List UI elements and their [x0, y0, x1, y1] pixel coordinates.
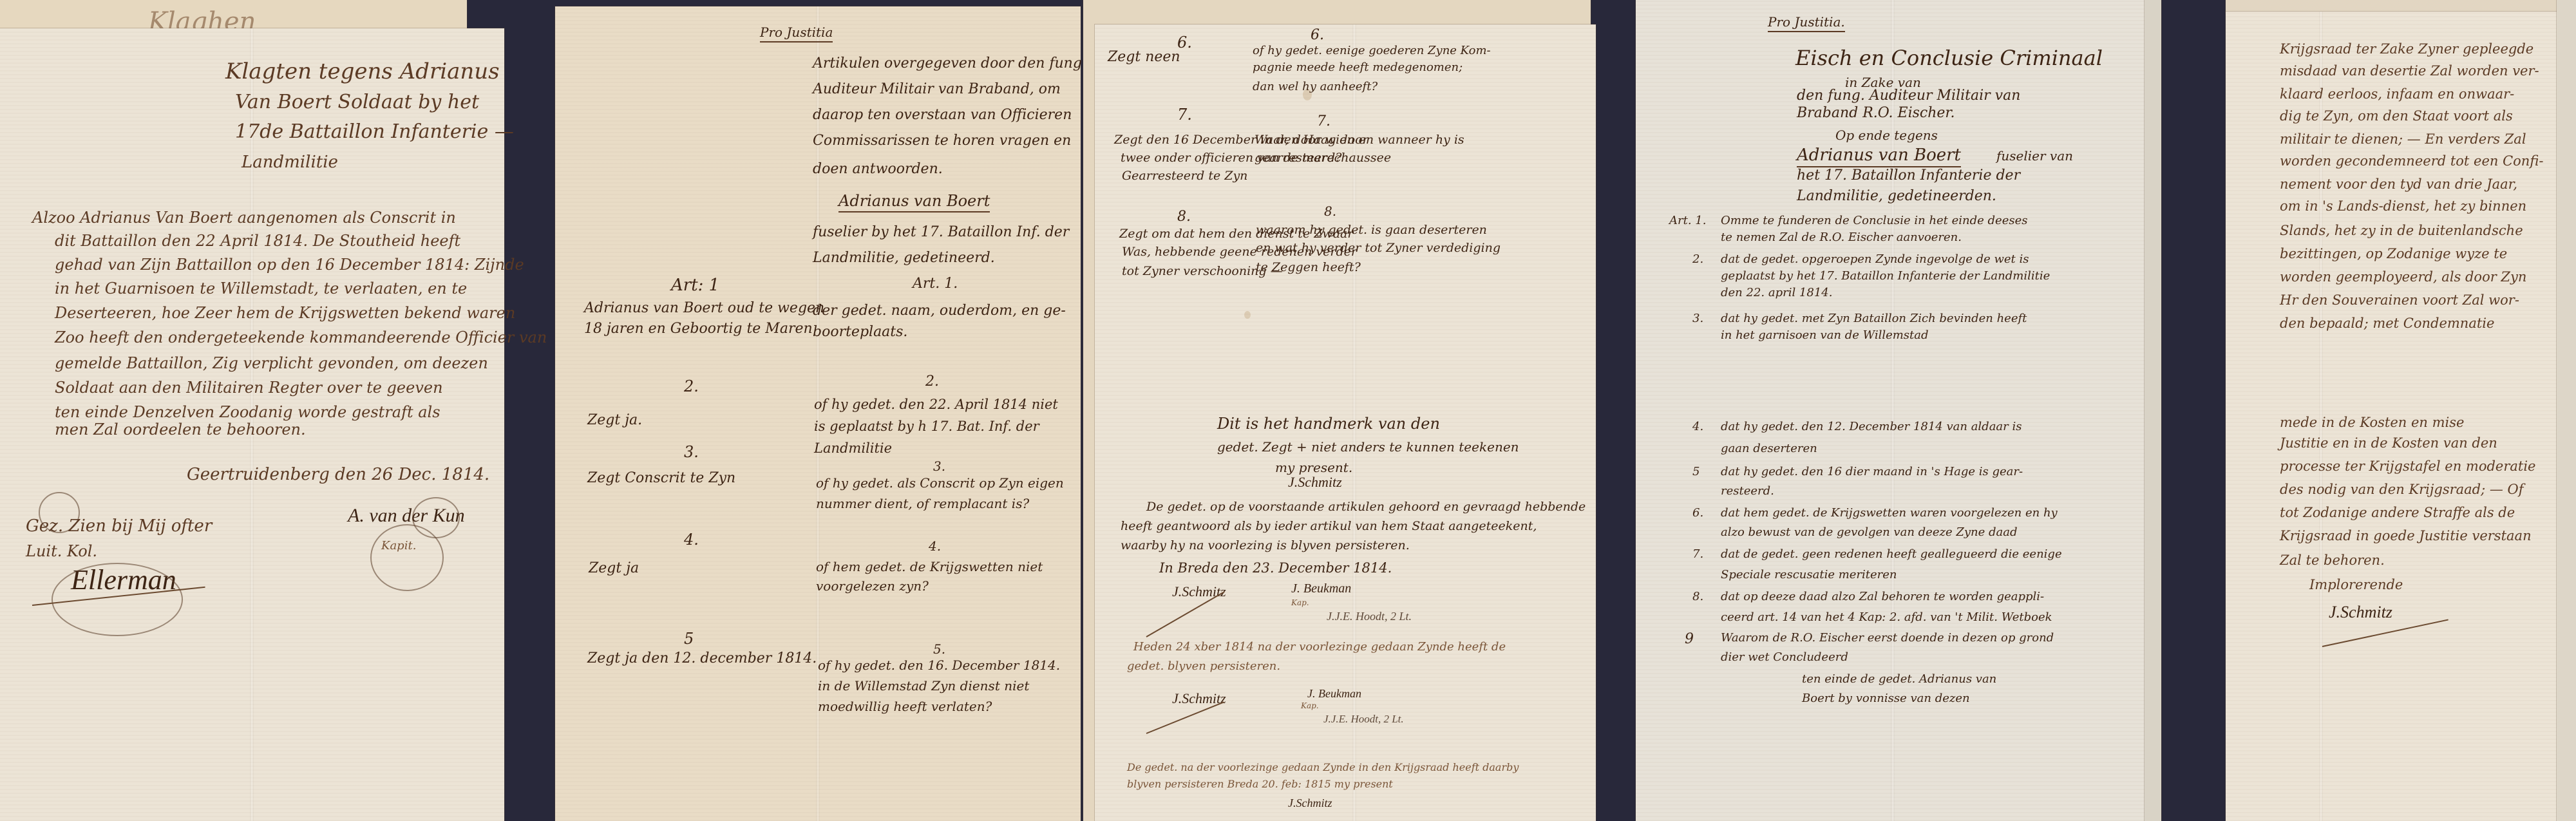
body-line: om in 's Lands-dienst, het zy binnen	[2280, 200, 2526, 213]
heading-line: Klagten tegens Adrianus	[225, 61, 500, 82]
auditor-signature: J.Schmitz	[1172, 585, 1226, 599]
body-line: Alzoo Adrianus Van Boert aangenomen als …	[32, 210, 456, 225]
question-line: te Zeggen heeft?	[1256, 261, 1361, 274]
closing-line: gedet. Zegt + niet anders te kunnen teek…	[1217, 440, 1519, 453]
item-line: dat op deeze daad alzo Zal behoren te wo…	[1721, 591, 2044, 603]
question-number: 7.	[1317, 115, 1331, 129]
defendant-name: Adrianus van Boert	[1797, 147, 1961, 167]
intro-line: doen antwoorden.	[813, 162, 943, 176]
defendant-desc: het 17. Bataillon Infanterie der	[1797, 169, 2020, 183]
item-line: geplaatst by het 17. Bataillon Infanteri…	[1721, 270, 2050, 282]
question-line: boorteplaats.	[813, 325, 907, 339]
item-line: dat hy gedet. den 12. December 1814 van …	[1721, 421, 2022, 433]
article-number: 5	[684, 631, 694, 646]
endorsement-line: Luit. Kol.	[26, 543, 97, 559]
paragraph-line: waarby hy na voorlezing is blyven persis…	[1121, 540, 1410, 552]
page-1: Klagten tegens Adrianus Van Boert Soldaa…	[0, 28, 504, 821]
article-number: 4.	[684, 532, 699, 547]
item-line: ceerd art. 14 van het 4 Kap: 2. afd. van…	[1721, 612, 2052, 623]
defendant-desc: Landmilitie, gedetineerd.	[813, 251, 995, 265]
item-number: 7.	[1692, 549, 1703, 560]
paragraph-line: blyven persisteren Breda 20. feb: 1815 m…	[1127, 779, 1393, 789]
signature-stroke	[2322, 619, 2448, 647]
article-number: 7.	[1177, 107, 1192, 122]
answer-line: Zegt ja.	[587, 413, 642, 428]
defendant-desc: Landmilitie, gedetineerden.	[1797, 189, 1996, 203]
page-4-edge	[2145, 0, 2161, 821]
body-line: des nodig van den Krijgsraad; — Of	[2280, 483, 2524, 496]
question-number: 6.	[1311, 28, 1324, 42]
question-number: 4.	[929, 540, 941, 552]
defendant-suffix: fuselier van	[1996, 149, 2073, 162]
heading-line: 17de Battaillon Infanterie —	[235, 122, 514, 142]
question-number: 3.	[933, 460, 945, 473]
body-line: Justitie en in de Kosten van den	[2280, 437, 2497, 450]
item-line: dat hy gedet. met Zyn Bataillon Zich bev…	[1721, 313, 2027, 325]
body-line: Zal te behoren.	[2280, 554, 2385, 567]
page-3: 6. Zegt neen 6. of hy gedet. eenige goed…	[1095, 24, 1596, 821]
body-line: militair te dienen; — En verders Zal	[2280, 133, 2526, 146]
item-number: 3.	[1692, 313, 1703, 325]
question-line: gearresteerd?	[1255, 152, 1341, 164]
body-line: Hr den Souverainen voort Zal wor-	[2280, 294, 2519, 307]
closing-line: ten einde de gedet. Adrianus van	[1802, 674, 1996, 685]
signature-flourish	[39, 492, 80, 533]
subtitle-line: Braband R.O. Eischer.	[1797, 106, 1955, 120]
signature-flourish	[52, 563, 183, 636]
captain-title: Kap.	[1291, 599, 1309, 607]
intro-line: daarop ten overstaan van Officieren	[813, 108, 1072, 122]
item-number: 5	[1692, 466, 1700, 478]
body-line: ten einde Denzelven Zoodanig worde gestr…	[55, 404, 440, 420]
item-line: dat de gedet. geen redenen heeft gealleg…	[1721, 549, 2062, 560]
lieutenant-signature: J.J.E. Hoodt, 2 Lt.	[1323, 713, 1404, 724]
page-4: Pro Justitia. Eisch en Conclusie Crimina…	[1636, 0, 2145, 821]
body-line: in het Guarnisoen te Willemstadt, te ver…	[55, 281, 467, 296]
item-number: 6.	[1692, 507, 1703, 519]
answer-line: Zegt ja den 12. december 1814.	[587, 652, 817, 666]
question-line: voorgelezen zyn?	[816, 580, 929, 592]
answer-line: Adrianus van Boert oud te wegen	[584, 301, 824, 316]
body-line: nement voor den tyd van drie Jaar,	[2280, 178, 2517, 191]
item-line: dier wet Concludeerd	[1721, 652, 1848, 663]
item-line: resteerd.	[1721, 486, 1774, 497]
paragraph-line: heeft geantwoord als by ieder artikul va…	[1121, 520, 1537, 533]
answer-line: Zegt ja	[589, 561, 639, 576]
auditor-signature: J.Schmitz	[1288, 797, 1332, 809]
answer-line: Zegt neen	[1108, 50, 1180, 64]
article-number: 2.	[684, 379, 699, 394]
closing-line: Boert by vonnisse van dezen	[1802, 693, 1970, 704]
question-number: 5.	[933, 643, 945, 656]
question-number: 2.	[925, 375, 939, 389]
body-line: klaard eerloos, infaam en onwaar-	[2280, 88, 2514, 101]
body-line: Slands, het zy in de buitenlandsche	[2280, 224, 2523, 238]
body-line: Zoo heeft den ondergeteekende kommandeer…	[55, 330, 547, 345]
captain-signature: J. Beukman	[1291, 582, 1351, 595]
indictment-title: Eisch en Conclusie Criminaal	[1795, 48, 2103, 68]
captain-title: Kap.	[1301, 702, 1319, 710]
body-line: bezittingen, op Zodanige wyze te	[2280, 247, 2507, 261]
page-5-top-strip	[2226, 0, 2557, 13]
item-line: te nemen Zal de R.O. Eischer aanvoeren.	[1721, 232, 1962, 243]
answer-line: 18 jaren en Geboortig te Maren	[584, 322, 813, 336]
question-line: pagnie meede heeft medegenomen;	[1253, 62, 1463, 73]
place-date: Geertruidenberg den 26 Dec. 1814.	[187, 466, 489, 483]
closing-implorerende: Implorerende	[2309, 578, 2403, 592]
body-line: misdaad van desertie Zal worden ver-	[2280, 64, 2539, 78]
body-line: Krijgsraad in goede Justitie verstaan	[2280, 529, 2532, 543]
item-line: den 22. april 1814.	[1721, 287, 1832, 299]
ink-stain	[1244, 311, 1251, 319]
signature-flourish	[370, 524, 444, 591]
body-line: worden gecondemneerd tot een Confi-	[2280, 155, 2543, 168]
question-number: Art. 1.	[913, 277, 958, 291]
against-line: Op ende tegens	[1835, 129, 1938, 142]
auditor-signature: J.Schmitz	[1288, 475, 1342, 489]
body-line: Soldaat aan den Militairen Regter over t…	[55, 380, 443, 395]
pro-justitia-header: Pro Justitia.	[1768, 15, 1845, 32]
intro-line: Commissarissen te horen vragen en	[813, 134, 1071, 148]
page-2: Pro Justitia Artikulen overgegeven door …	[555, 6, 1081, 821]
body-line: Deserteeren, hoe Zeer hem de Krijgswette…	[55, 305, 515, 321]
auditor-signature: J.Schmitz	[2329, 604, 2392, 621]
paragraph-line: Heden 24 xber 1814 na der voorlezinge ge…	[1133, 641, 1506, 653]
question-line: of hy gedet. den 16. December 1814.	[818, 659, 1060, 672]
page-5: Krijgsraad ter Zake Zyner gepleegde misd…	[2226, 12, 2576, 821]
place-date: In Breda den 23. December 1814.	[1159, 561, 1392, 575]
article-number: 6.	[1177, 35, 1192, 50]
body-line: worden geemployeerd, als door Zyn	[2280, 270, 2526, 284]
body-line: processe ter Krijgstafel en moderatie	[2280, 460, 2535, 473]
question-line: in de Willemstad Zyn dienst niet	[818, 679, 1029, 692]
question-line: nummer dient, of remplacant is?	[816, 497, 1029, 510]
body-line: den bepaald; met Condemnatie	[2280, 317, 2494, 330]
body-line: tot Zodanige andere Straffe als de	[2280, 506, 2515, 520]
question-line: of hem gedet. de Krijgswetten niet	[816, 560, 1043, 573]
question-line: dan wel hy aanheeft?	[1253, 81, 1378, 93]
intro-line: Auditeur Militair van Braband, om	[813, 82, 1061, 97]
defendant-name: Adrianus van Boert	[838, 193, 990, 212]
body-line: dig te Zyn, om den Staat voort als	[2280, 109, 2513, 123]
subtitle-line: den fung. Auditeur Militair van	[1797, 89, 2020, 103]
question-line: Waar, door wien en wanneer hy is	[1255, 134, 1464, 146]
question-line: Landmilitie	[814, 442, 892, 455]
paragraph-line: gedet. blyven persisteren.	[1127, 661, 1280, 672]
item-line: dat de gedet. opgeroepen Zynde ingevolge…	[1721, 254, 2029, 265]
item-number: 8.	[1692, 591, 1703, 603]
item-number: 9	[1685, 632, 1694, 646]
question-line: der gedet. naam, ouderdom, en ge-	[813, 304, 1066, 318]
item-number: 4.	[1692, 421, 1703, 433]
question-line: is geplaatst by h 17. Bat. Inf. der	[814, 420, 1039, 433]
body-line: gemelde Battaillon, Zig verplicht gevond…	[55, 355, 488, 371]
paragraph-line: De gedet. op de voorstaande artikulen ge…	[1146, 501, 1586, 513]
intro-line: Artikulen overgegeven door den fung.	[813, 57, 1086, 71]
item-line: dat hy gedet. den 16 dier maand in 's Ha…	[1721, 466, 2023, 478]
subtitle-line: in Zake van	[1845, 76, 1921, 89]
question-line: of hy gedet. eenige goederen Zyne Kom-	[1253, 45, 1491, 57]
captain-signature: J. Beukman	[1307, 688, 1361, 699]
heading-line: Van Boert Soldaat by het	[235, 93, 479, 112]
item-line: dat hem gedet. de Krijgswetten waren voo…	[1721, 507, 2058, 519]
article-number: 8.	[1177, 210, 1191, 224]
item-line: Speciale rescusatie meriteren	[1721, 569, 1897, 581]
item-number: 2.	[1692, 254, 1703, 265]
closing-line: my present.	[1275, 461, 1352, 474]
question-line: moedwillig heeft verlaten?	[818, 700, 992, 713]
question-number: 8.	[1324, 205, 1336, 218]
item-line: alzo bewust van de gevolgen van deeze Zy…	[1721, 527, 2018, 538]
item-line: Waarom de R.O. Eischer eerst doende in d…	[1721, 632, 2054, 644]
body-line: mede in de Kosten en mise	[2280, 416, 2464, 429]
body-line: men Zal oordeelen te behooren.	[55, 422, 306, 437]
article-number: 3.	[684, 444, 699, 460]
defendant-desc: fuselier by het 17. Bataillon Inf. der	[813, 225, 1069, 240]
item-number: Art. 1.	[1669, 215, 1706, 227]
item-line: gaan deserteren	[1721, 443, 1817, 455]
pro-justitia-header: Pro Justitia	[760, 26, 833, 42]
answer-line: Gearresteerd te Zyn	[1122, 170, 1247, 182]
article-number: Art: 1	[671, 277, 719, 294]
closing-line: Dit is het handmerk van den	[1217, 416, 1440, 431]
body-line: Krijgsraad ter Zake Zyner gepleegde	[2280, 42, 2533, 56]
question-line: en wat hy verder tot Zyner verdediging	[1256, 242, 1501, 254]
lieutenant-signature: J.J.E. Hoodt, 2 Lt.	[1327, 610, 1412, 622]
body-line: gehad van Zijn Battaillon op den 16 Dece…	[55, 257, 524, 272]
page-5-edge	[2557, 0, 2576, 821]
body-line: dit Battaillon den 22 April 1814. De Sto…	[55, 233, 460, 249]
item-line: Omme te funderen de Conclusie in het ein…	[1721, 215, 2028, 227]
question-line: of hy gedet. den 22. April 1814 niet	[814, 398, 1058, 411]
paragraph-line: De gedet. na der voorlezinge gedaan Zynd…	[1127, 762, 1519, 773]
heading-line: Landmilitie	[241, 154, 338, 171]
question-line: waarom hy gedet. is gaan deserteren	[1256, 224, 1487, 236]
answer-line: Zegt Conscrit te Zyn	[587, 471, 735, 486]
item-line: in het garnisoen van de Willemstad	[1721, 330, 1929, 341]
question-line: of hy gedet. als Conscrit op Zyn eigen	[816, 477, 1064, 489]
